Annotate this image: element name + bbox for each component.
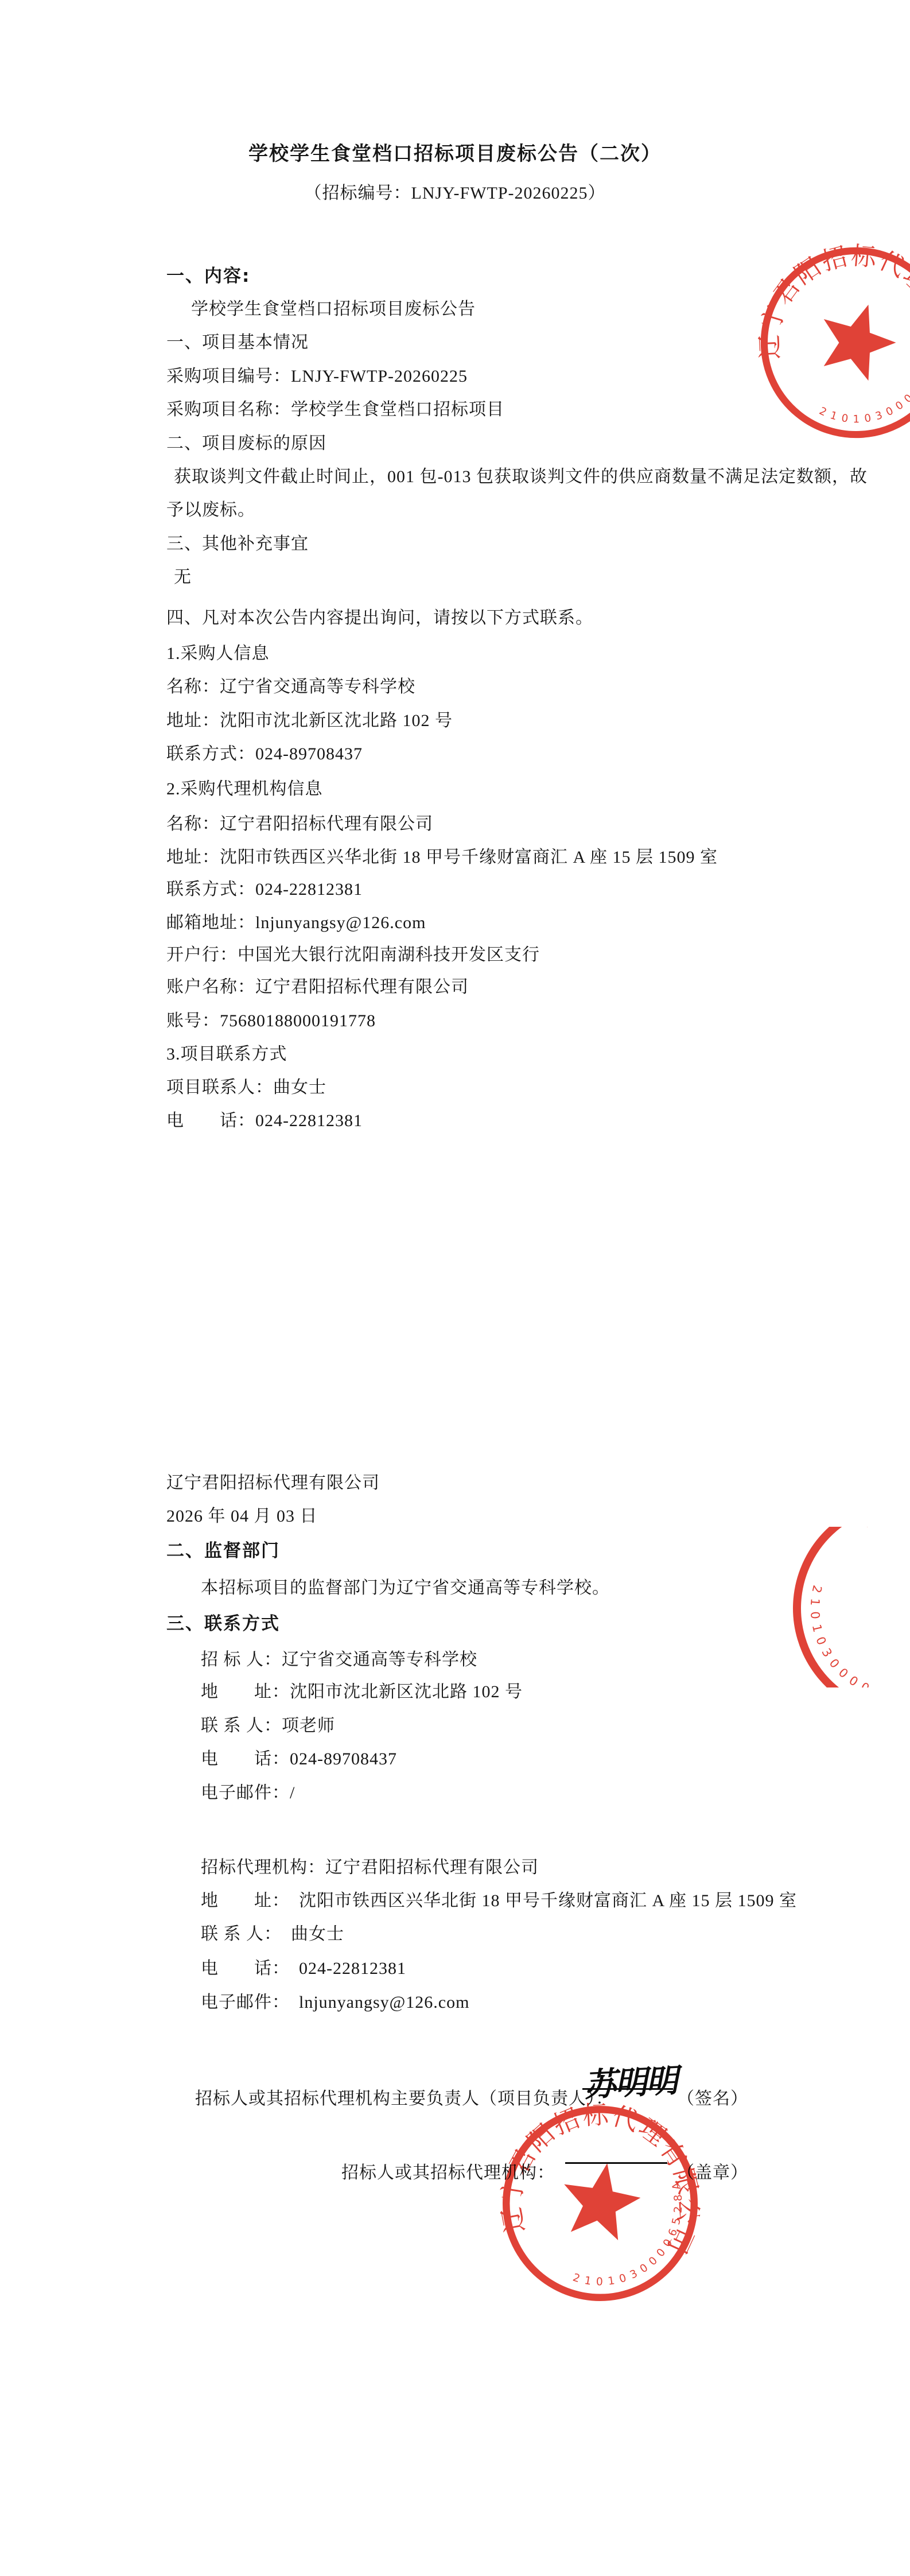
line-agency-email: 邮箱地址：lnjunyangsy@126.com <box>166 912 426 934</box>
seal-ring <box>791 1527 910 1687</box>
line-agency-name: 名称：辽宁君阳招标代理有限公司 <box>166 813 433 835</box>
line-project-number: 采购项目编号：LNJY-FWTP-20260225 <box>166 366 468 387</box>
line-agency2-email: 电子邮件： lnjunyangsy@126.com <box>201 1992 469 2014</box>
line-agency2-person: 联 系 人： 曲女士 <box>201 1923 344 1945</box>
heading-project-contact: 3.项目联系方式 <box>166 1043 287 1065</box>
heading-contacts: 三、联系方式 <box>166 1613 280 1635</box>
line-agency-bank: 开户行：中国光大银行沈阳南湖科技开发区支行 <box>166 944 540 966</box>
seal-star-icon <box>810 293 905 385</box>
seal-company-text: 辽宁君阳招标代理有限公司 <box>838 1527 910 1687</box>
heading-purchaser: 1.采购人信息 <box>166 643 270 665</box>
line-bidder: 招 标 人：辽宁省交通高等专科学校 <box>201 1649 477 1671</box>
line-project-name: 采购项目名称：学校学生食堂档口招标项目 <box>166 399 504 421</box>
line-purchaser-name: 名称：辽宁省交通高等专科学校 <box>166 676 415 698</box>
line-reason-2: 予以废标。 <box>166 499 255 521</box>
leader-signature-suffix: （签名） <box>677 2088 748 2110</box>
heading-reason: 二、项目废标的原因 <box>166 433 326 455</box>
line-purchaser-phone: 联系方式：024-89708437 <box>166 743 363 765</box>
announcement-document: 学校学生食堂档口招标项目废标公告（二次） （招标编号：LNJY-FWTP-202… <box>0 0 910 2576</box>
company-seal-partial: 辽宁君阳招标代理有限公司 21010300006528A <box>791 1527 910 1687</box>
line-agency2-name: 招标代理机构：辽宁君阳招标代理有限公司 <box>201 1857 539 1879</box>
heading-agency-info: 2.采购代理机构信息 <box>166 778 323 800</box>
heading-inquiry: 四、凡对本次公告内容提出询问，请按以下方式联系。 <box>166 607 593 629</box>
line-reason-1: 获取谈判文件截止时间止，001 包-013 包获取谈判文件的供应商数量不满足法定… <box>174 466 868 488</box>
heading-other: 三、其他补充事宜 <box>166 533 309 555</box>
line-agency-signoff: 辽宁君阳招标代理有限公司 <box>166 1472 380 1494</box>
content-title: 学校学生食堂档口招标项目废标公告 <box>191 298 476 320</box>
company-seal-partial-graphic: 辽宁君阳招标代理有限公司 21010300006528A <box>791 1527 910 1687</box>
line-purchaser-address: 地址：沈阳市沈北新区沈北路 102 号 <box>166 710 453 732</box>
line-date: 2026 年 04 月 03 日 <box>166 1506 318 1527</box>
line-agency-address: 地址：沈阳市铁西区兴华北街 18 甲号千缘财富商汇 A 座 15 层 1509 … <box>166 847 718 868</box>
leader-signature-handwriting: 苏明明 <box>584 2064 678 2103</box>
line-agency2-address: 地 址： 沈阳市铁西区兴华北街 18 甲号千缘财富商汇 A 座 15 层 150… <box>201 1890 797 1912</box>
seal-star-icon <box>556 2156 645 2243</box>
company-seal-bottom: 辽宁君阳招标代理有限公司 21010300006528A <box>482 2085 718 2322</box>
seal-company-text: 辽宁君阳招标代理有限公司 <box>746 217 910 419</box>
seal-number-text: 21010300006528A <box>571 2165 690 2302</box>
page-subtitle: （招标编号：LNJY-FWTP-20260225） <box>0 183 910 204</box>
heading-content: 一、内容: <box>166 265 250 287</box>
page-title: 学校学生食堂档口招标项目废标公告（二次） <box>0 143 910 165</box>
line-bidder-person: 联 系 人：项老师 <box>201 1715 335 1737</box>
line-agency-account-no: 账号：75680188000191778 <box>166 1010 376 1032</box>
heading-supervision: 二、监督部门 <box>166 1540 280 1562</box>
line-bidder-email: 电子邮件：/ <box>201 1782 295 1804</box>
line-supervision-body: 本招标项目的监督部门为辽宁省交通高等专科学校。 <box>201 1577 610 1599</box>
line-bidder-phone: 电 话：024-89708437 <box>201 1748 397 1770</box>
line-agency-account-name: 账户名称：辽宁君阳招标代理有限公司 <box>166 976 469 998</box>
line-agency-phone: 联系方式：024-22812381 <box>166 879 363 901</box>
line-bidder-address: 地 址：沈阳市沈北新区沈北路 102 号 <box>201 1681 523 1703</box>
company-seal-top: 辽宁君阳招标代理有限公司 21010300006528A <box>730 217 910 469</box>
line-project-contact-person: 项目联系人：曲女士 <box>166 1077 326 1099</box>
heading-basic-info: 一、项目基本情况 <box>166 332 309 354</box>
line-agency2-phone: 电 话： 024-22812381 <box>201 1958 406 1980</box>
line-project-contact-phone: 电 话：024-22812381 <box>166 1110 363 1132</box>
line-other-none: 无 <box>174 567 192 588</box>
